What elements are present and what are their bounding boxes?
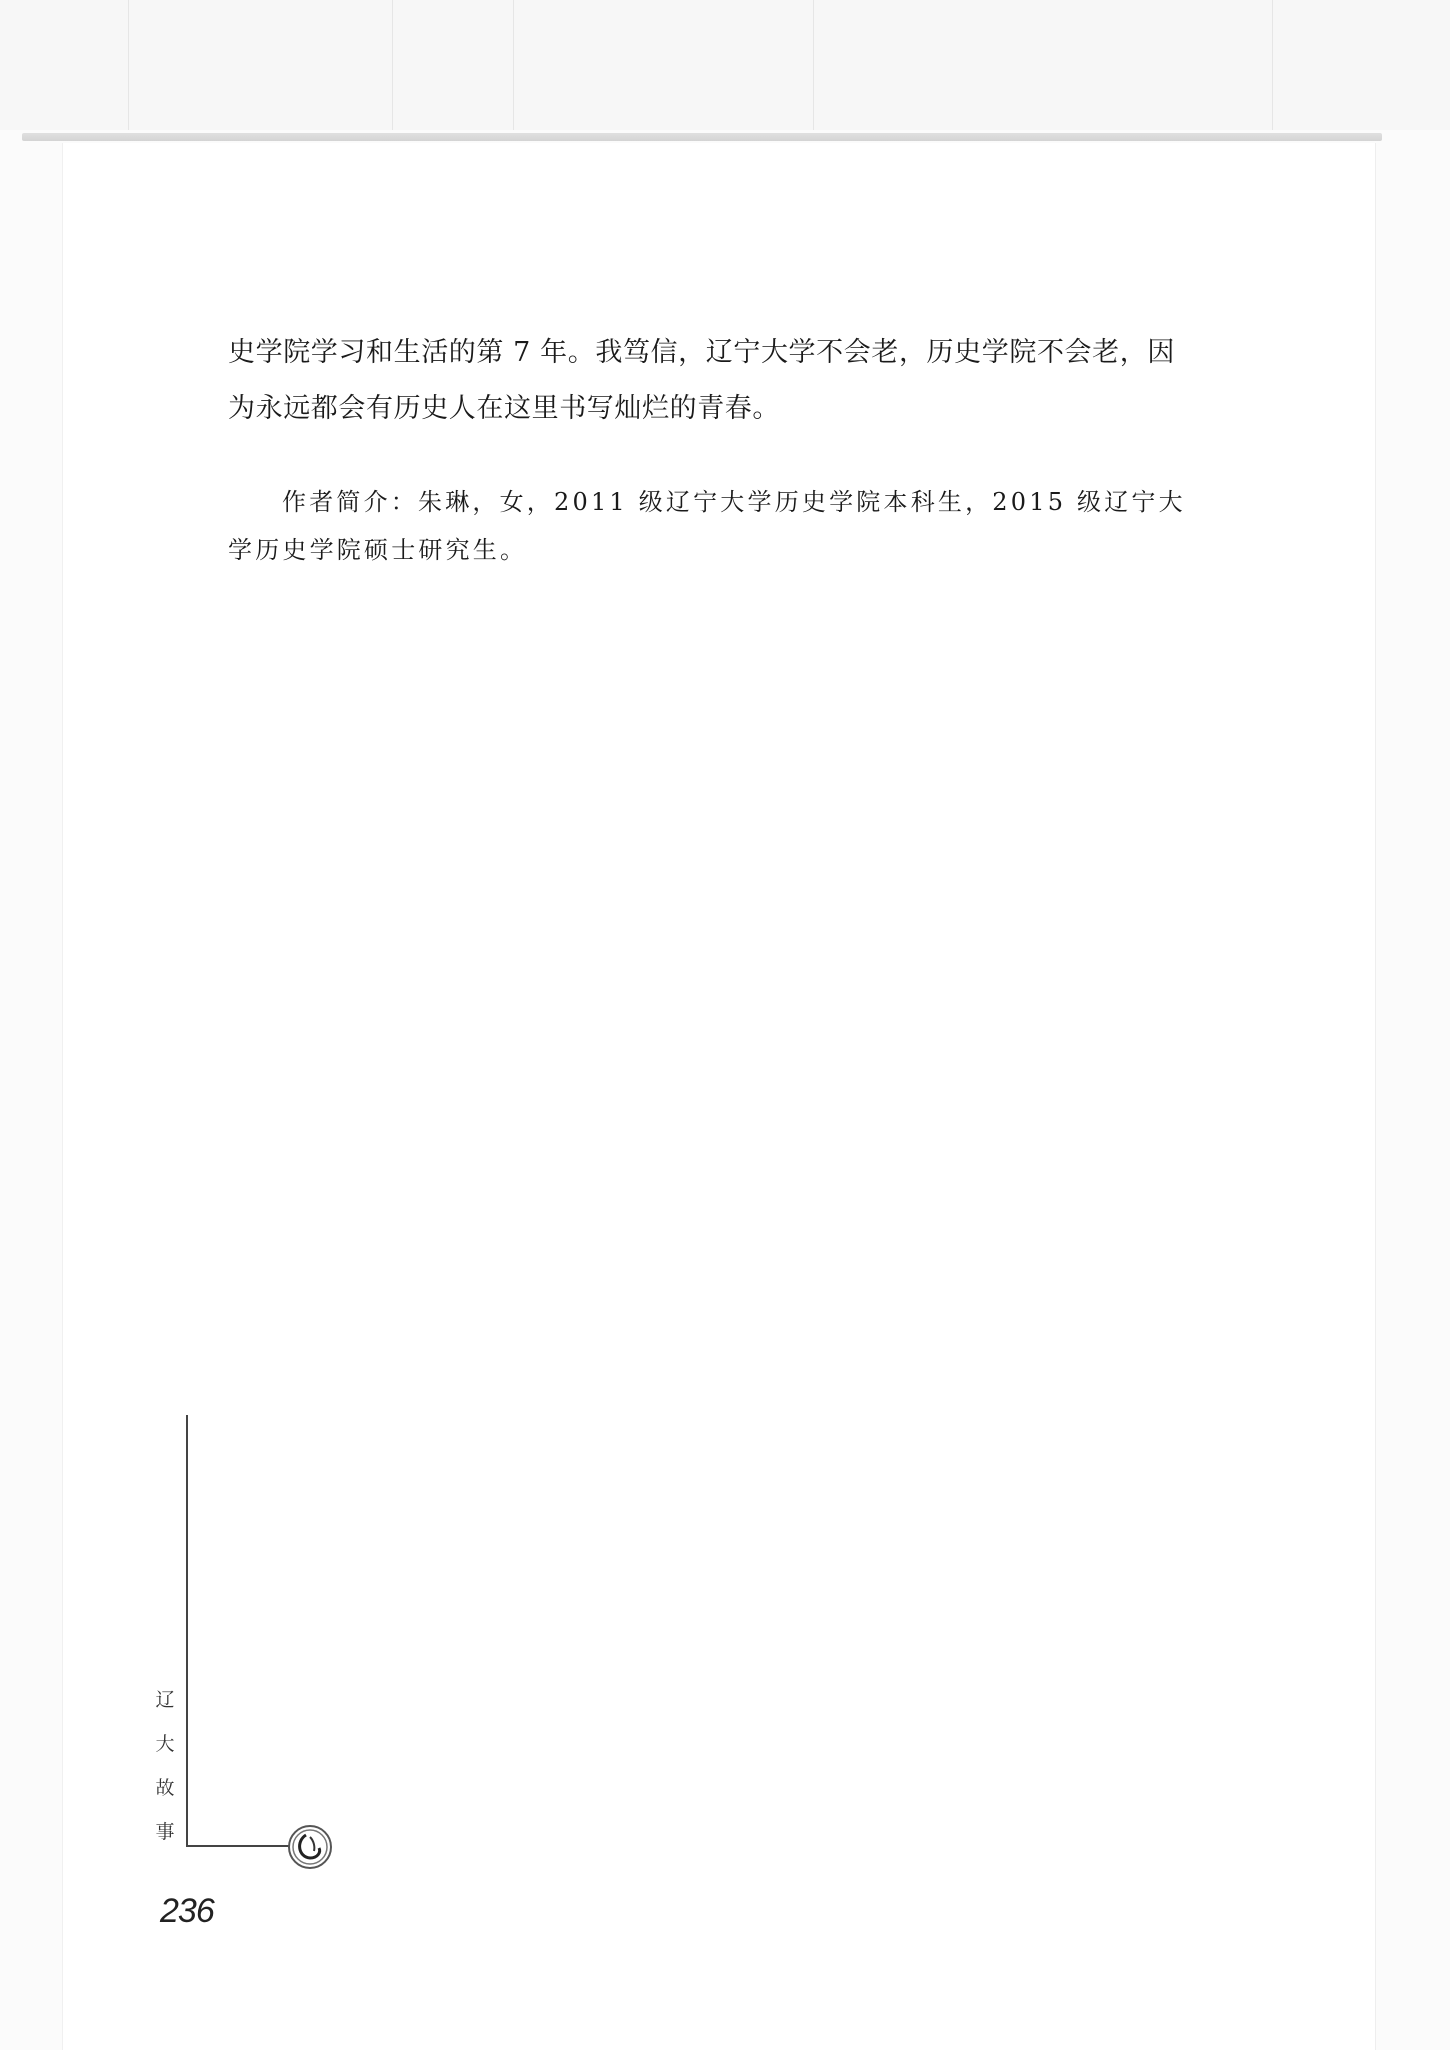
author-note-line-1: 作者简介：朱琳，女，2011 级辽宁大学历史学院本科生，2015 级辽宁大 bbox=[282, 482, 1186, 517]
running-title-char: 事 bbox=[150, 1810, 180, 1854]
margin-horizontal-rule bbox=[186, 1845, 290, 1847]
scan-artifact-line bbox=[1272, 0, 1273, 130]
scan-artifact-line bbox=[513, 0, 514, 130]
page-edge-shadow bbox=[22, 133, 1382, 141]
paragraph-line-1: 史学院学习和生活的第 7 年。我笃信，辽宁大学不会老，历史学院不会老，因 bbox=[228, 330, 1175, 369]
author-note-line-2: 学历史学院硕士研究生。 bbox=[228, 530, 527, 565]
running-title-char: 大 bbox=[150, 1722, 180, 1766]
circle-swirl-icon bbox=[286, 1823, 334, 1871]
page-number: 236 bbox=[160, 1892, 214, 1931]
paragraph-line-2: 为永远都会有历史人在这里书写灿烂的青春。 bbox=[228, 386, 780, 425]
book-page bbox=[62, 143, 1376, 2050]
scan-artifact-line bbox=[128, 0, 129, 130]
running-title-char: 辽 bbox=[150, 1678, 180, 1722]
margin-vertical-rule bbox=[186, 1415, 188, 1846]
scan-artifact-line bbox=[392, 0, 393, 130]
previous-page-edge bbox=[0, 0, 1450, 130]
running-title: 辽 大 故 事 bbox=[150, 1678, 180, 1854]
scan-artifact-line bbox=[813, 0, 814, 130]
running-title-char: 故 bbox=[150, 1766, 180, 1810]
